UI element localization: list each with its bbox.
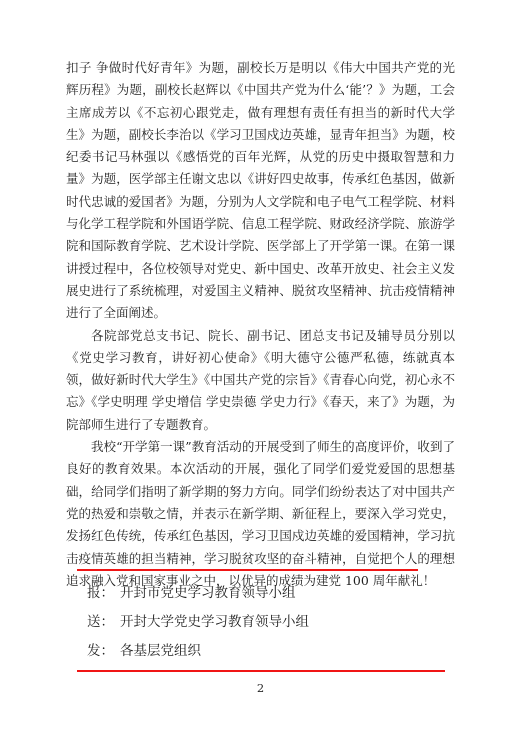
distribution-entry: 发： 各基层党组织 bbox=[87, 634, 309, 663]
distribution-separator-line bbox=[77, 569, 418, 571]
distribution-value: 各基层党组织 bbox=[120, 639, 201, 659]
distribution-label: 送： bbox=[87, 610, 114, 630]
distribution-list: 报： 开封市党史学习教育领导小组 送： 开封大学党史学习教育领导小组 发： 各基… bbox=[87, 576, 309, 663]
distribution-value: 开封大学党史学习教育领导小组 bbox=[120, 610, 309, 630]
distribution-entry: 送： 开封大学党史学习教育领导小组 bbox=[87, 605, 309, 634]
distribution-label: 报： bbox=[87, 581, 114, 601]
document-page: 扣子 争做时代好青年》为题，副校长万是明以《伟大中国共产党的光辉历程》为题，副校… bbox=[0, 0, 521, 736]
body-paragraph: 扣子 争做时代好青年》为题，副校长万是明以《伟大中国共产党的光辉历程》为题，副校… bbox=[66, 57, 455, 325]
distribution-label: 发： bbox=[87, 639, 114, 659]
page-footer-line bbox=[77, 670, 445, 672]
page-number: 2 bbox=[0, 681, 521, 695]
distribution-entry: 报： 开封市党史学习教育领导小组 bbox=[87, 576, 309, 605]
body-paragraph: 各院部党总支书记、院长、副书记、团总支书记及辅导员分别以《党史学习教育，讲好初心… bbox=[66, 325, 455, 436]
document-body: 扣子 争做时代好青年》为题，副校长万是明以《伟大中国共产党的光辉历程》为题，副校… bbox=[66, 57, 455, 592]
distribution-value: 开封市党史学习教育领导小组 bbox=[120, 581, 296, 601]
